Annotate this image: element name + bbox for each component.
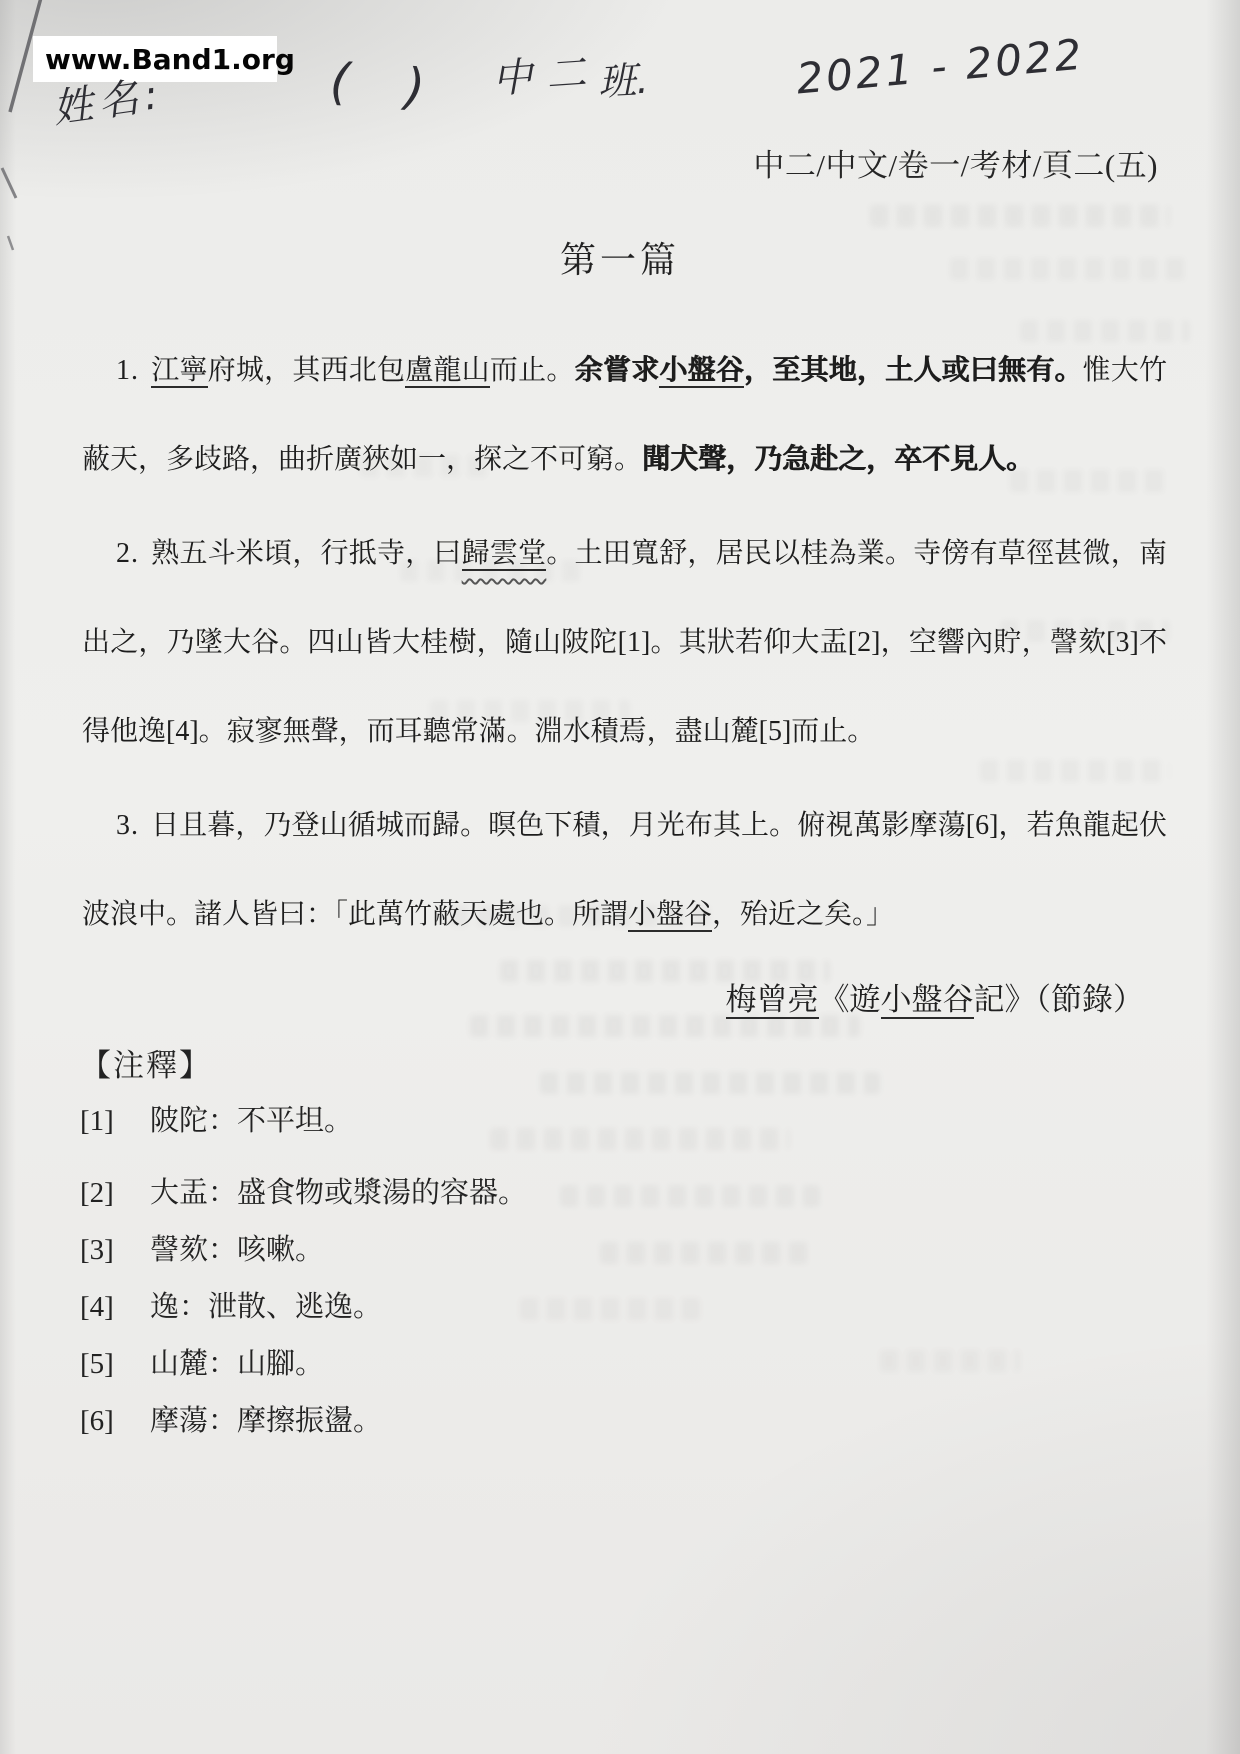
note-text: 逸：泄散、逃逸。	[150, 1279, 382, 1336]
bleed-through-artifact	[870, 205, 1170, 227]
notes-list: [1]陂陀：不平坦。 [2]大盂：盛食物或漿湯的容器。 [3]謦欬：咳嗽。 [4…	[80, 1093, 1100, 1450]
text-segment: ，至其地，土人或曰無有。	[744, 355, 1083, 386]
proper-noun-underlined: 江寧	[151, 355, 208, 388]
proper-noun-underlined: 小盤谷	[628, 899, 712, 932]
text-segment: 熟五斗米頃，行抵寺，曰	[151, 538, 462, 569]
passage-body: 1.江寧府城，其西北包盧龍山而止。余嘗求小盤谷，至其地，土人或曰無有。惟大竹蔽天…	[82, 326, 1167, 964]
text-segment: 記》（節錄）	[974, 982, 1145, 1017]
text-segment: 聞犬聲，乃急赴之，卒不見人。	[642, 444, 1034, 475]
proper-noun-underlined: 梅曾亮	[726, 982, 819, 1019]
note-label: [3]	[80, 1222, 126, 1279]
text-segment: 余嘗求	[575, 355, 660, 386]
notes-section: 【注釋】 [1]陂陀：不平坦。 [2]大盂：盛食物或漿湯的容器。 [3]謦欬：咳…	[80, 1040, 1100, 1450]
text-segment: ，殆近之矣。」	[712, 899, 894, 930]
scanned-document-page: www.Band1.org 姓名: ( ) 中二 班. 2021 - 2022 …	[0, 0, 1240, 1754]
note-item: [2]大盂：盛食物或漿湯的容器。	[80, 1165, 1100, 1222]
paragraph-1: 1.江寧府城，其西北包盧龍山而止。余嘗求小盤谷，至其地，土人或曰無有。惟大竹蔽天…	[82, 326, 1167, 504]
passage-title: 第一篇	[82, 232, 1158, 283]
proper-noun-underlined: 歸雲堂	[462, 538, 547, 571]
proper-noun-underlined: 小盤谷	[659, 355, 744, 388]
note-label: [1]	[80, 1093, 126, 1150]
note-item: [4]逸：泄散、逃逸。	[80, 1279, 1100, 1336]
paragraph-text: 江寧府城，其西北包盧龍山而止。余嘗求小盤谷，至其地，土人或曰無有。惟大竹蔽天，多…	[82, 355, 1167, 475]
text-segment: 而止。	[490, 355, 575, 386]
paragraph-text: 日且暮，乃登山循城而歸。暝色下積，月光布其上。俯視萬影摩蕩[6]，若魚龍起伏波浪…	[82, 810, 1167, 932]
text-segment: 府城，其西北包	[208, 355, 406, 386]
text-segment: 《遊	[819, 982, 881, 1017]
note-item: [1]陂陀：不平坦。	[80, 1093, 1100, 1150]
note-text: 大盂：盛食物或漿湯的容器。	[150, 1165, 527, 1222]
paragraph-number: 3.	[116, 810, 139, 841]
paragraph-text: 熟五斗米頃，行抵寺，曰歸雲堂。土田寬舒，居民以桂為業。寺傍有草徑甚微，南出之，乃…	[82, 538, 1167, 747]
note-label: [2]	[80, 1165, 126, 1222]
notes-heading: 【注釋】	[80, 1040, 1100, 1085]
proper-noun-underlined: 小盤谷	[881, 982, 974, 1019]
note-text: 謦欬：咳嗽。	[150, 1222, 324, 1279]
proper-noun-underlined: 盧龍山	[405, 355, 490, 388]
source-attribution: 梅曾亮《遊小盤谷記》（節錄）	[82, 974, 1158, 1019]
note-label: [6]	[80, 1393, 126, 1450]
paragraph-2: 2.熟五斗米頃，行抵寺，曰歸雲堂。土田寬舒，居民以桂為業。寺傍有草徑甚微，南出之…	[82, 509, 1167, 776]
text-segment: 。土田寬舒，居民以桂為業。寺傍有草徑甚微，南出之，乃墜大谷。四山皆大桂樹，隨山陂…	[82, 538, 1167, 747]
note-text: 山麓：山腳。	[150, 1336, 324, 1393]
note-item: [5]山麓：山腳。	[80, 1336, 1100, 1393]
note-item: [3]謦欬：咳嗽。	[80, 1222, 1100, 1279]
paragraph-number: 2.	[116, 538, 139, 569]
page-reference: 中二/中文/卷一/考材/頁二(五)	[82, 140, 1158, 185]
note-item: [6]摩蕩：摩擦振盪。	[80, 1393, 1100, 1450]
text-segment: 日且暮，乃登山循城而歸。暝色下積，月光布其上。俯視萬影摩蕩[6]，若魚龍起伏波浪…	[82, 810, 1167, 930]
note-label: [5]	[80, 1336, 126, 1393]
handwritten-school-year: 2021 - 2022	[794, 30, 1086, 104]
paragraph-number: 1.	[116, 355, 139, 386]
handwritten-class-level: 中二	[490, 40, 602, 104]
note-label: [4]	[80, 1279, 126, 1336]
handwritten-class-suffix: 班.	[597, 49, 650, 107]
paragraph-3: 3.日且暮，乃登山循城而歸。暝色下積，月光布其上。俯視萬影摩蕩[6]，若魚龍起伏…	[82, 781, 1167, 959]
note-text: 陂陀：不平坦。	[150, 1093, 353, 1150]
handwritten-parentheses: ( )	[328, 52, 447, 118]
watermark-text: www.Band1.org	[45, 43, 295, 76]
note-text: 摩蕩：摩擦振盪。	[150, 1393, 382, 1450]
